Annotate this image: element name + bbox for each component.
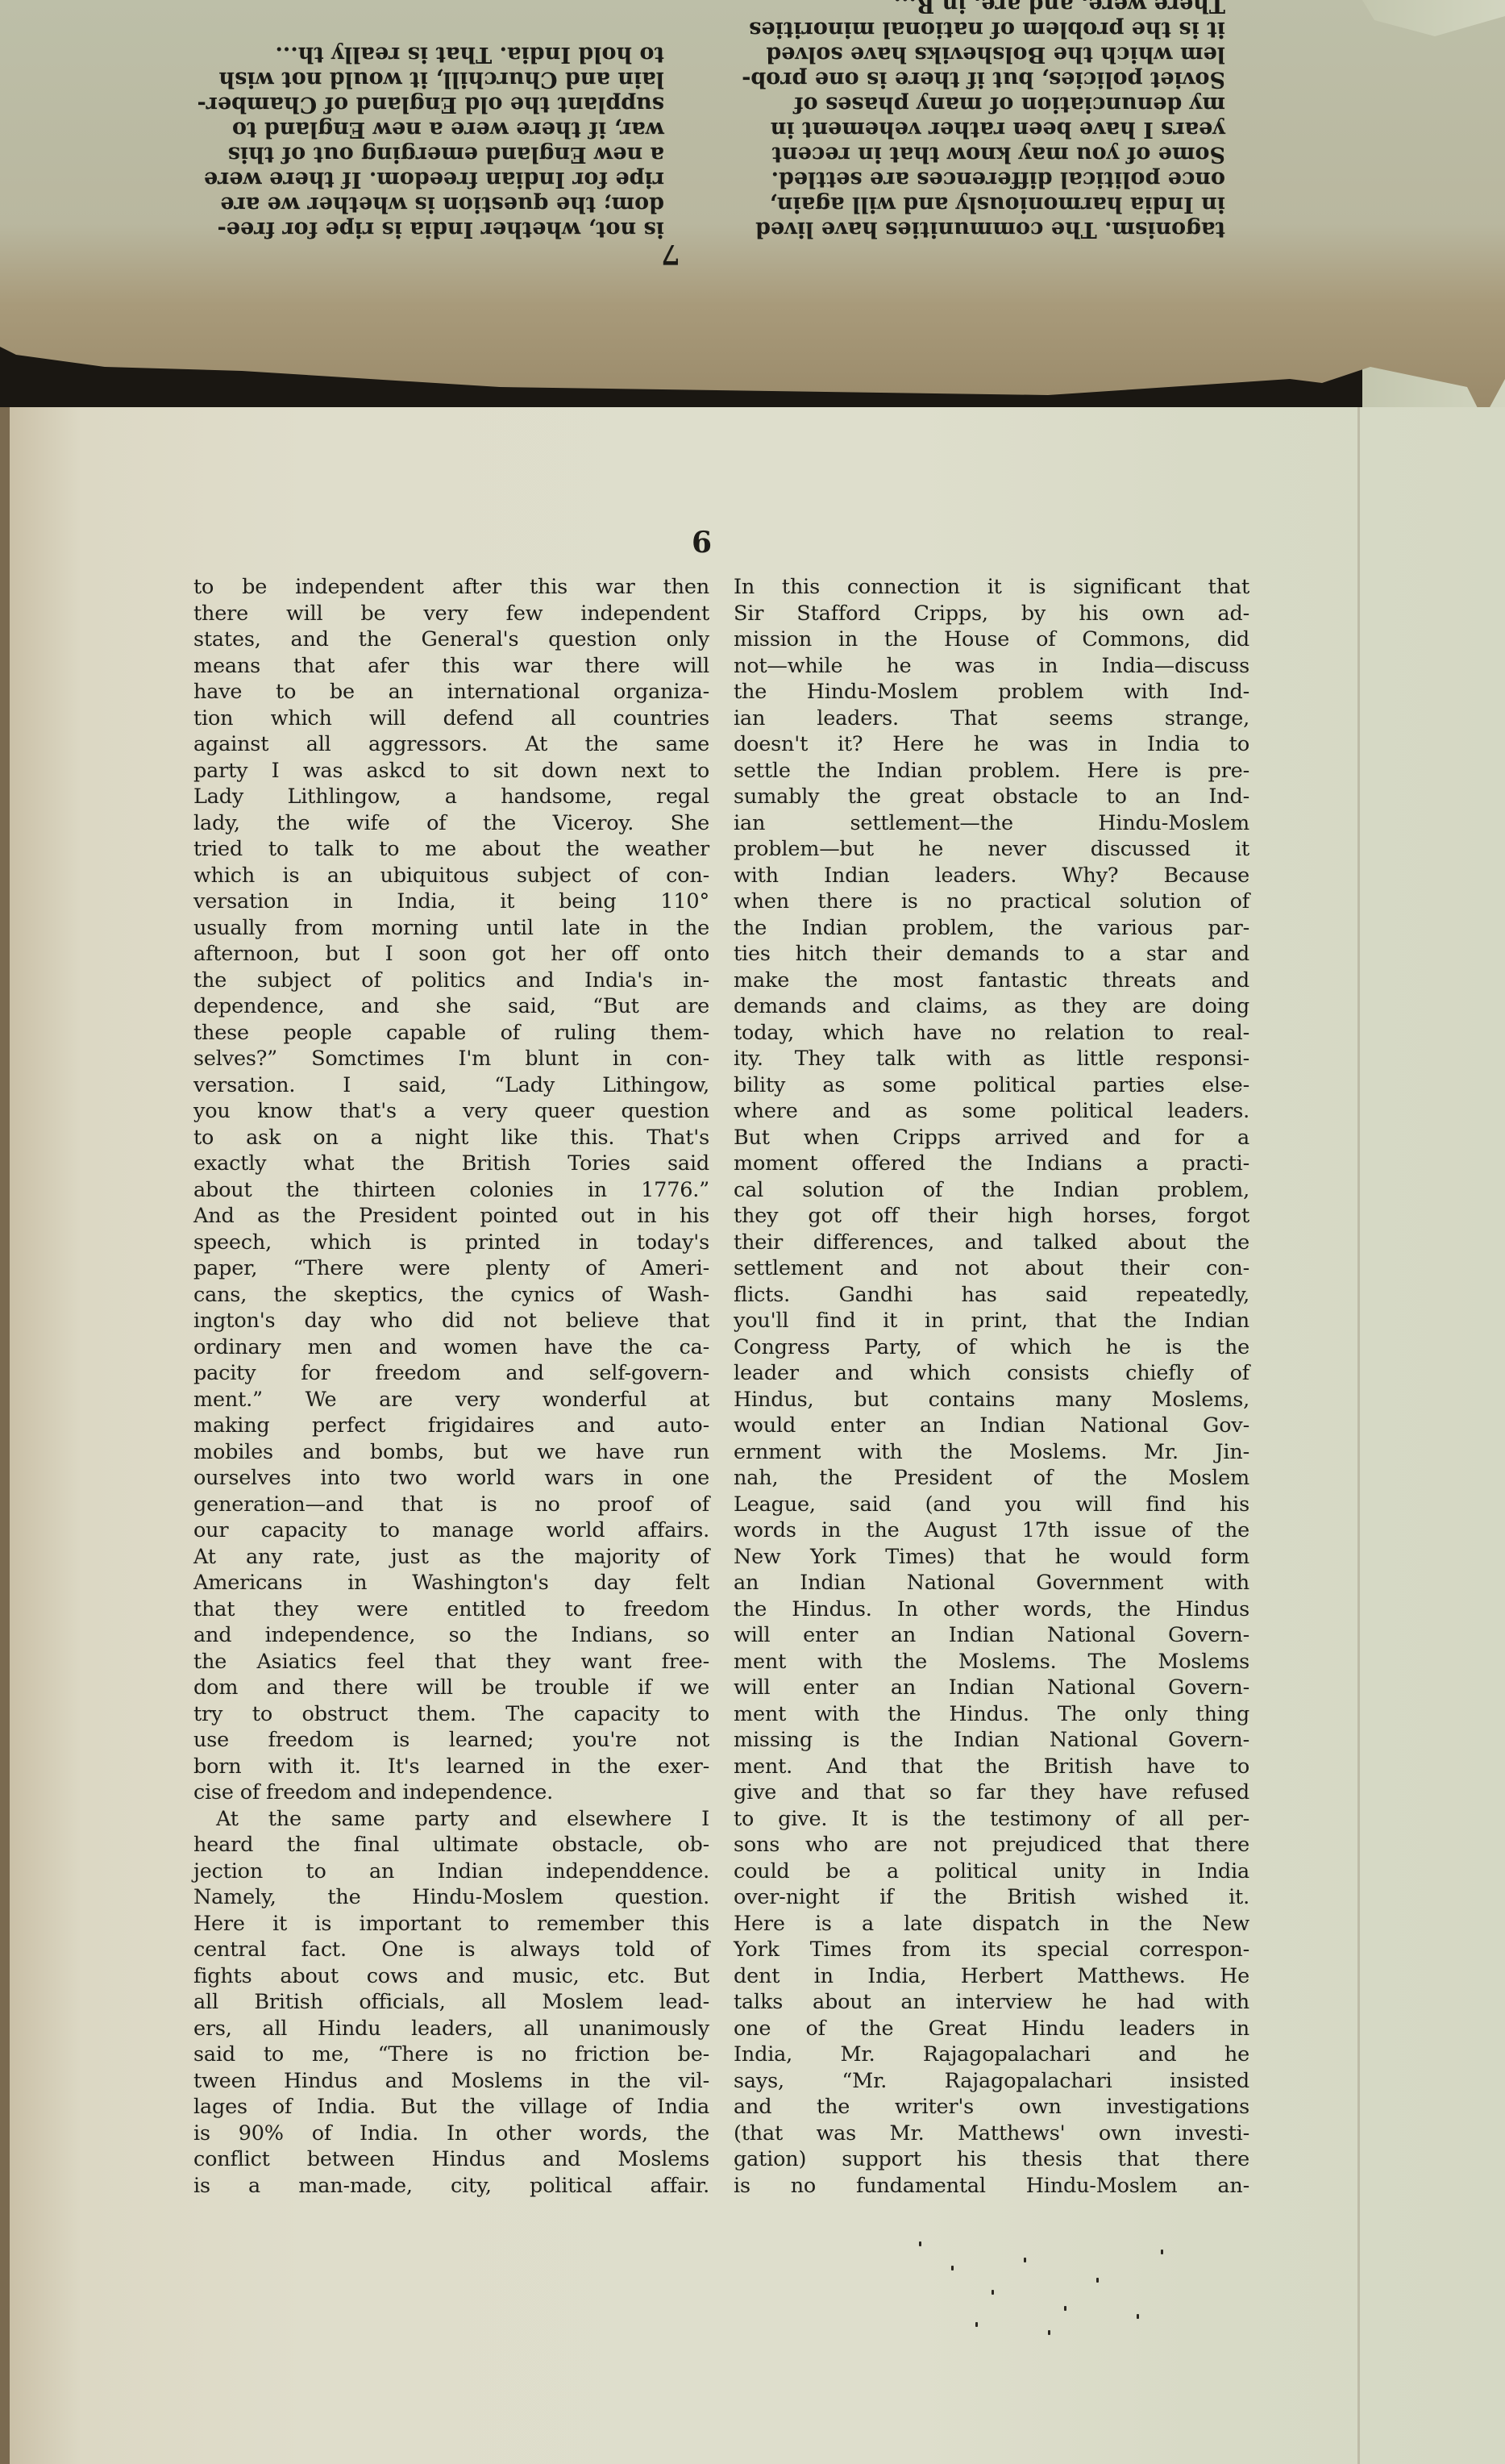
- text-line: sumably the great obstacle to an Ind-: [734, 784, 1249, 810]
- text-line: to be independent after this war then: [193, 574, 709, 601]
- text-line: ers, all Hindu leaders, all unanimously: [193, 2016, 709, 2042]
- text-line: jection to an Indian independdence.: [193, 1858, 709, 1885]
- text-line: making perfect frigidaires and auto-: [193, 1413, 709, 1439]
- page-left-edge: [0, 407, 10, 2464]
- page-number: 6: [692, 526, 712, 560]
- text-line: they got off their high horses, forgot: [734, 1203, 1249, 1230]
- text-line: dom and there will be trouble if we: [193, 1675, 709, 1701]
- text-line: ties hitch their demands to a star and: [734, 941, 1249, 968]
- text-line: Congress Party, of which he is the: [734, 1334, 1249, 1361]
- text-line: versation in India, it being 110°: [193, 889, 709, 915]
- text-line: their differences, and talked about the: [734, 1230, 1249, 1256]
- text-line: our capacity to manage world affairs.: [193, 1517, 709, 1544]
- flap-page-number: 7: [661, 238, 680, 270]
- flap-text-line: my denunciation of many phases of: [709, 92, 1225, 117]
- flap-text-line: dom; the question is whether we are: [148, 192, 664, 217]
- flap-text-line: Some of you may know that in recent: [709, 142, 1225, 167]
- flap-text-line: lain and Churchill, it would not wish: [148, 67, 664, 92]
- text-line: talks about an interview he had with: [734, 1989, 1249, 2016]
- text-line: conflict between Hindus and Moslems: [193, 2146, 709, 2173]
- text-line: In this connection it is significant tha…: [734, 574, 1249, 601]
- text-line: ity. They talk with as little responsi-: [734, 1046, 1249, 1072]
- text-line: pacity for freedom and self-govern-: [193, 1360, 709, 1387]
- text-line: ment. And that the British have to: [734, 1754, 1249, 1780]
- text-line: ordinary men and women have the ca-: [193, 1334, 709, 1361]
- text-line: lages of India. But the village of India: [193, 2094, 709, 2121]
- text-line: Namely, the Hindu-Moslem question.: [193, 1884, 709, 1911]
- text-line: ian settlement—the Hindu-Moslem: [734, 810, 1249, 837]
- text-line: use freedom is learned; you're not: [193, 1727, 709, 1754]
- text-line: the Hindu-Moslem problem with Ind-: [734, 679, 1249, 705]
- text-line: try to obstruct them. The capacity to: [193, 1701, 709, 1728]
- text-line: generation—and that is no proof of: [193, 1492, 709, 1518]
- text-line: when there is no practical solution of: [734, 889, 1249, 915]
- text-line: cal solution of the Indian problem,: [734, 1177, 1249, 1204]
- text-line: is a man-made, city, political affair.: [193, 2173, 709, 2200]
- text-line: ment with the Moslems. The Moslems: [734, 1649, 1249, 1675]
- text-line: At the same party and elsewhere I: [193, 1806, 709, 1833]
- flap-text-line: lem which the Bolsheviks have solved: [709, 42, 1225, 67]
- text-line: lady, the wife of the Viceroy. She: [193, 810, 709, 837]
- text-line: York Times from its special correspon-: [734, 1937, 1249, 1963]
- text-line: heard the final ultimate obstacle, ob-: [193, 1832, 709, 1858]
- text-line: selves?” Somctimes I'm blunt in con-: [193, 1046, 709, 1072]
- text-line: you know that's a very queer question: [193, 1098, 709, 1125]
- flap-text-line: ripe for Indian freedom. If there were: [148, 167, 664, 192]
- text-line: all British officials, all Moslem lead-: [193, 1989, 709, 2016]
- text-line: moment offered the Indians a practi-: [734, 1151, 1249, 1177]
- text-line: there will be very few independent: [193, 601, 709, 627]
- text-line: At any rate, just as the majority of: [193, 1544, 709, 1571]
- flap-left-column: tagonism. The communities have livedin I…: [709, 0, 1225, 242]
- text-line: will enter an Indian National Govern-: [734, 1675, 1249, 1701]
- text-line: about the thirteen colonies in 1776.”: [193, 1177, 709, 1204]
- text-line: League, said (and you will find his: [734, 1492, 1249, 1518]
- flap-text-line: years I have been rather vehement in: [709, 117, 1225, 142]
- text-line: Sir Stafford Cripps, by his own ad-: [734, 601, 1249, 627]
- text-line: dependence, and she said, “But are: [193, 993, 709, 1020]
- flap-right-column: is not, whether India is ripe for free-d…: [148, 0, 664, 242]
- text-line: you'll find it in print, that the Indian: [734, 1308, 1249, 1334]
- text-line: the Hindus. In other words, the Hindus: [734, 1596, 1249, 1623]
- flap-text-line: is not, whether India is ripe for free-: [148, 217, 664, 242]
- flap-text-line: it is the problem of national minorities: [709, 17, 1225, 42]
- text-line: says, “Mr. Rajagopalachari insisted: [734, 2068, 1249, 2095]
- text-line: paper, “There were plenty of Ameri-: [193, 1255, 709, 1282]
- text-line: with Indian leaders. Why? Because: [734, 863, 1249, 889]
- left-column: to be independent after this war thenthe…: [193, 574, 709, 2199]
- text-line: tween Hindus and Moslems in the vil-: [193, 2068, 709, 2095]
- text-line: Here is a late dispatch in the New: [734, 1911, 1249, 1937]
- text-line: sons who are not prejudiced that there: [734, 1832, 1249, 1858]
- flap-text-line: to hold India. That is really th...: [148, 42, 664, 67]
- text-line: settle the Indian problem. Here is pre-: [734, 758, 1249, 785]
- text-line: that they were entitled to freedom: [193, 1596, 709, 1623]
- text-line: tried to talk to me about the weather: [193, 836, 709, 863]
- text-line: nah, the President of the Moslem: [734, 1465, 1249, 1492]
- text-line: mission in the House of Commons, did: [734, 626, 1249, 653]
- text-line: versation. I said, “Lady Lithingow,: [193, 1072, 709, 1099]
- text-line: have to be an international organiza-: [193, 679, 709, 705]
- text-line: make the most fantastic threats and: [734, 968, 1249, 994]
- text-line: and independence, so the Indians, so: [193, 1622, 709, 1649]
- text-line: ernment with the Moslems. Mr. Jin-: [734, 1439, 1249, 1466]
- text-line: bility as some political parties else-: [734, 1072, 1249, 1099]
- text-line: would enter an Indian National Gov-: [734, 1413, 1249, 1439]
- text-line: ment with the Hindus. The only thing: [734, 1701, 1249, 1728]
- text-line: Americans in Washington's day felt: [193, 1570, 709, 1596]
- text-line: cans, the skeptics, the cynics of Wash-: [193, 1282, 709, 1309]
- text-line: where and as some political leaders.: [734, 1098, 1249, 1125]
- text-line: Here it is important to remember this: [193, 1911, 709, 1937]
- flap-text-line: Soviet policies, but if there is one pro…: [709, 67, 1225, 92]
- text-line: today, which have no relation to real-: [734, 1020, 1249, 1047]
- text-line: speech, which is printed in today's: [193, 1230, 709, 1256]
- text-line: settlement and not about their con-: [734, 1255, 1249, 1282]
- text-line: central fact. One is always told of: [193, 1937, 709, 1963]
- text-line: cise of freedom and independence.: [193, 1779, 709, 1806]
- text-line: Hindus, but contains many Moslems,: [734, 1387, 1249, 1413]
- text-line: leader and which consists chiefly of: [734, 1360, 1249, 1387]
- text-line: is 90% of India. In other words, the: [193, 2121, 709, 2147]
- text-line: exactly what the British Tories said: [193, 1151, 709, 1177]
- text-line: But when Cripps arrived and for a: [734, 1125, 1249, 1151]
- body-text: to be independent after this war thenthe…: [193, 574, 1249, 2199]
- text-line: mobiles and bombs, but we have run: [193, 1439, 709, 1466]
- text-line: tion which will defend all countries: [193, 705, 709, 732]
- text-line: born with it. It's learned in the exer-: [193, 1754, 709, 1780]
- text-line: is no fundamental Hindu-Moslem an-: [734, 2173, 1249, 2200]
- text-line: demands and claims, as they are doing: [734, 993, 1249, 1020]
- text-line: said to me, “There is no friction be-: [193, 2042, 709, 2068]
- text-line: fights about cows and music, etc. But: [193, 1963, 709, 1990]
- text-line: India, Mr. Rajagopalachari and he: [734, 2042, 1249, 2068]
- right-column: In this connection it is significant tha…: [734, 574, 1249, 2199]
- flap-text-line: in India harmoniously and will again,: [709, 192, 1225, 217]
- text-line: words in the August 17th issue of the: [734, 1517, 1249, 1544]
- text-line: afternoon, but I soon got her off onto: [193, 941, 709, 968]
- text-line: And as the President pointed out in his: [193, 1203, 709, 1230]
- text-line: the Asiatics feel that they want free-: [193, 1649, 709, 1675]
- text-line: gation) support his thesis that there: [734, 2146, 1249, 2173]
- text-line: ian leaders. That seems strange,: [734, 705, 1249, 732]
- text-line: ington's day who did not believe that: [193, 1308, 709, 1334]
- text-line: New York Times) that he would form: [734, 1544, 1249, 1571]
- folded-flap-previous-page: tagonism. The communities have livedin I…: [0, 0, 1505, 407]
- text-line: dent in India, Herbert Matthews. He: [734, 1963, 1249, 1990]
- text-line: usually from morning until late in the: [193, 915, 709, 942]
- text-line: flicts. Gandhi has said repeatedly,: [734, 1282, 1249, 1309]
- text-line: party I was askcd to sit down next to: [193, 758, 709, 785]
- flap-text-line: once political differences are settled.: [709, 167, 1225, 192]
- flap-text-line: supplant the old England of Chamber-: [148, 92, 664, 117]
- page-fold-crease: [1357, 407, 1360, 2464]
- text-line: an Indian National Government with: [734, 1570, 1249, 1596]
- flap-upside-down-text: tagonism. The communities have livedin I…: [129, 0, 1225, 242]
- text-line: and the writer's own investigations: [734, 2094, 1249, 2121]
- text-line: not—while he was in India—discuss: [734, 653, 1249, 680]
- text-line: missing is the Indian National Govern-: [734, 1727, 1249, 1754]
- text-line: will enter an Indian National Govern-: [734, 1622, 1249, 1649]
- text-line: means that afer this war there will: [193, 653, 709, 680]
- text-line: could be a political unity in India: [734, 1858, 1249, 1885]
- text-line: states, and the General's question only: [193, 626, 709, 653]
- text-line: (that was Mr. Matthews' own investi-: [734, 2121, 1249, 2147]
- text-line: ourselves into two world wars in one: [193, 1465, 709, 1492]
- text-line: to give. It is the testimony of all per-: [734, 1806, 1249, 1833]
- text-line: against all aggressors. At the same: [193, 731, 709, 758]
- text-line: give and that so far they have refused: [734, 1779, 1249, 1806]
- text-line: the subject of politics and India's in-: [193, 968, 709, 994]
- flap-text-line: tagonism. The communities have lived: [709, 217, 1225, 242]
- text-line: over-night if the British wished it.: [734, 1884, 1249, 1911]
- text-line: Lady Lithlingow, a handsome, regal: [193, 784, 709, 810]
- text-line: doesn't it? Here he was in India to: [734, 731, 1249, 758]
- text-line: ment.” We are very wonderful at: [193, 1387, 709, 1413]
- flap-text-line: war, if there were a new England to: [148, 117, 664, 142]
- text-line: problem—but he never discussed it: [734, 836, 1249, 863]
- flap-text-line: There were, and are, in R...: [709, 0, 1225, 17]
- text-line: to ask on a night like this. That's: [193, 1125, 709, 1151]
- text-line: the Indian problem, the various par-: [734, 915, 1249, 942]
- text-line: these people capable of ruling them-: [193, 1020, 709, 1047]
- text-line: which is an ubiquitous subject of con-: [193, 863, 709, 889]
- flap-text-line: a new England emerging out of this: [148, 142, 664, 167]
- text-line: one of the Great Hindu leaders in: [734, 2016, 1249, 2042]
